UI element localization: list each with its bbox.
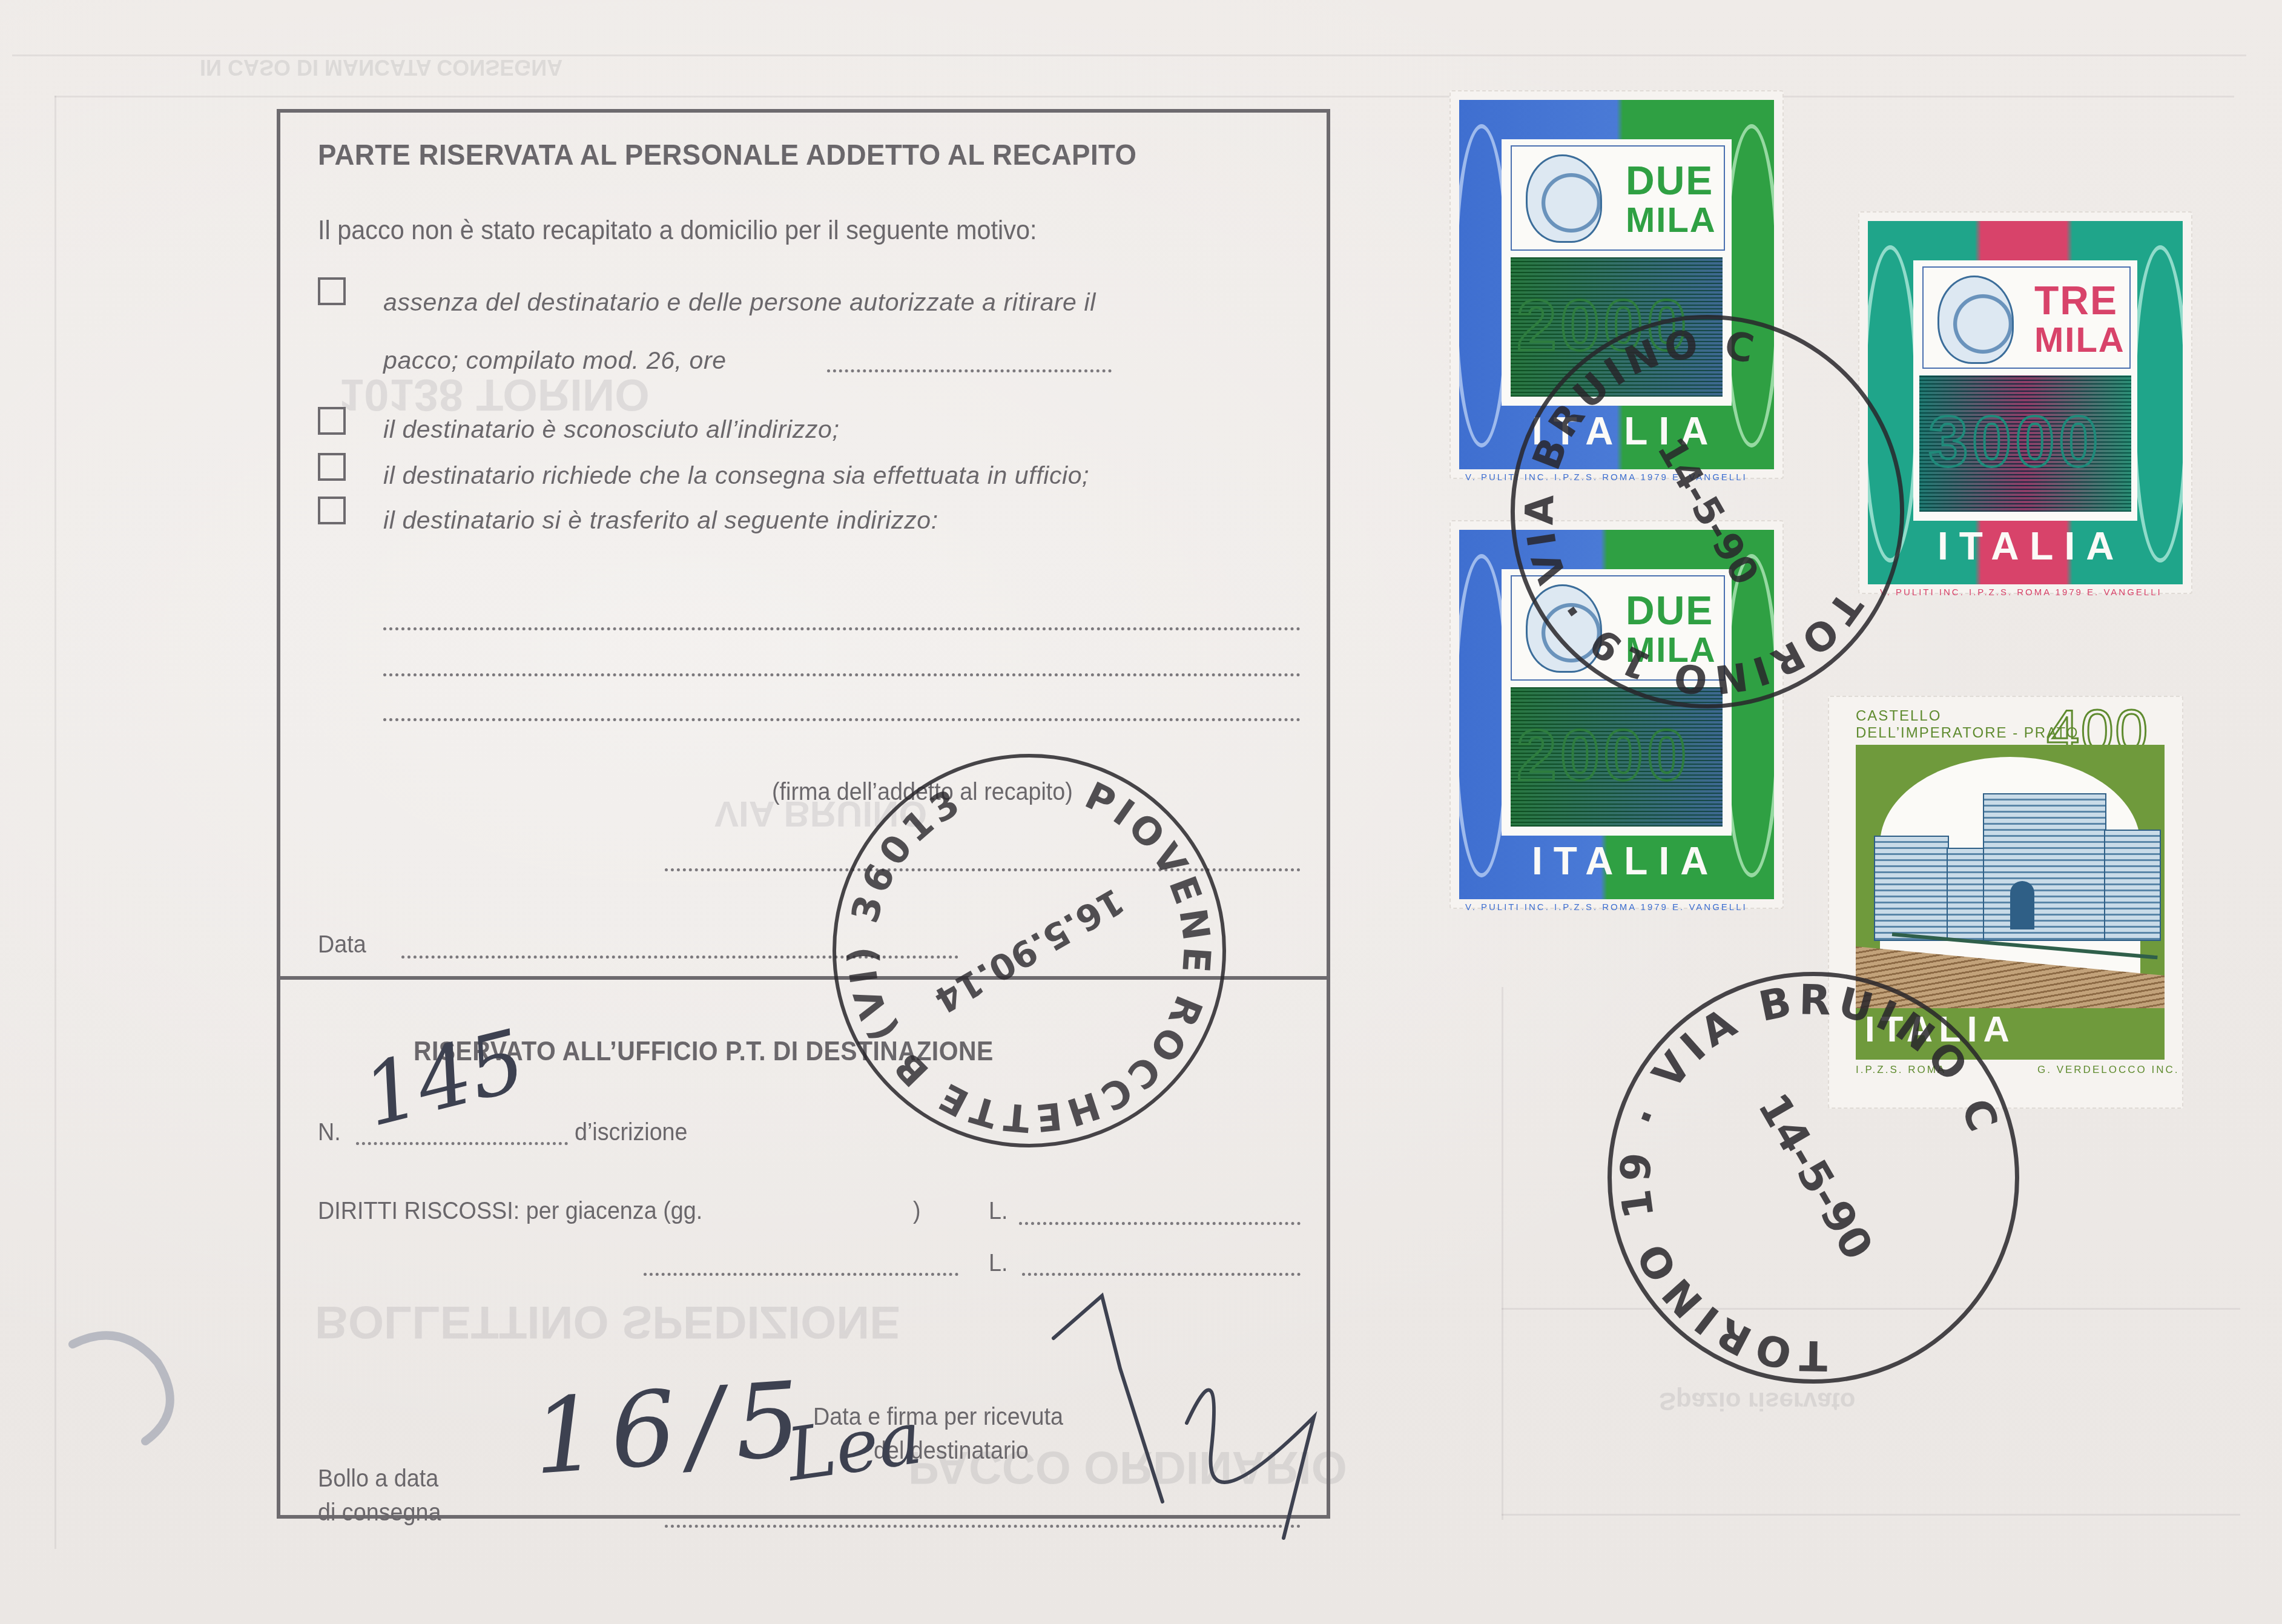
reason-recipient-unknown: il destinatario è sconosciuto all’indiri… — [383, 415, 839, 444]
date-label: Data — [318, 930, 366, 959]
reason-deliver-at-office: il destinatario richiede che la consegna… — [383, 461, 1089, 490]
hours-field[interactable] — [827, 369, 1112, 372]
reason-recipient-absent-line2: pacco; compilato mod. 26, ore — [383, 346, 727, 375]
non-delivery-intro: Il pacco non è stato recapitato a domici… — [318, 214, 1037, 246]
stamp-credit: V. PULITI INC. I.P.Z.S. ROMA 1979 E. VAN… — [1465, 902, 1747, 913]
checkbox-recipient-absent[interactable] — [318, 277, 346, 305]
reason-recipient-moved: il destinatario si è trasferito al segue… — [383, 506, 938, 535]
stamp-credit-right: G. VERDELOCCO INC. — [2037, 1064, 2179, 1076]
stamp-word-top: DUE — [1626, 157, 1713, 203]
currency-label-2: L. — [989, 1249, 1007, 1277]
other-fee-description-field[interactable] — [644, 1273, 958, 1276]
registration-number-label: N. — [318, 1118, 341, 1146]
ghost-rule — [54, 96, 2234, 97]
stamp-country: ITALIA — [1532, 839, 1719, 883]
stamp-date-label-line2: di consegna — [318, 1498, 441, 1527]
fees-close-paren: ) — [913, 1197, 921, 1225]
stamp-face-value: 3000 — [1928, 401, 2102, 483]
svg-text:14-5-90: 14-5-90 — [1749, 1085, 1883, 1268]
ghost-text: Spazio riservato — [1659, 1387, 1855, 1416]
margin-pencil-mark — [54, 1320, 212, 1459]
new-address-line-1[interactable] — [383, 627, 1301, 630]
svg-text:16.5.90.14: 16.5.90.14 — [928, 880, 1131, 1021]
reason-recipient-absent-line1: assenza del destinatario e delle persone… — [383, 288, 1096, 317]
signature-flourish — [1029, 1272, 1344, 1550]
stamp-word-bottom: MILA — [2034, 320, 2125, 360]
stamp-country: ITALIA — [1937, 524, 2125, 569]
postmark-piovene-text: PIOVENE ROCCHETTE B (VI) 36013 16.5.90.1… — [833, 754, 1226, 1147]
new-address-line-2[interactable] — [383, 673, 1301, 676]
fees-collected-label: DIRITTI RISCOSSI: per giacenza (gg. — [318, 1197, 702, 1225]
checkbox-recipient-moved[interactable] — [318, 497, 346, 524]
stamp-3000: TRE MILA 3000 ITALIA V. PULITI INC. I.P.… — [1868, 221, 2183, 584]
ghost-text: IN CASO DI MANCATA CONSEGNA — [200, 54, 562, 80]
new-address-line-3[interactable] — [383, 718, 1301, 721]
section-title-delivery-staff: PARTE RISERVATA AL PERSONALE ADDETTO AL … — [318, 138, 1136, 172]
stamp-face-value: 2000 — [1517, 715, 1690, 797]
svg-text:14-5-90: 14-5-90 — [1649, 430, 1768, 592]
italia-turrita-head-icon — [1526, 154, 1602, 243]
stamp-word-top: TRE — [2034, 277, 2118, 323]
checkbox-deliver-at-office[interactable] — [318, 453, 346, 481]
registration-suffix: d’iscrizione — [575, 1118, 688, 1146]
stamp-word-bottom: MILA — [1626, 200, 1716, 240]
checkbox-recipient-unknown[interactable] — [318, 407, 346, 435]
stamp-credit: V. PULITI INC. I.P.Z.S. ROMA 1979 E. VAN… — [1880, 587, 2162, 598]
stamp-caption-line1: CASTELLO — [1856, 708, 1941, 725]
italia-turrita-head-icon — [1937, 276, 2014, 364]
ghost-rule — [1502, 1514, 2240, 1516]
ghost-rule — [1502, 987, 1503, 1520]
postmark-torino-upper-text: TORINO 19 · VIA BRUINO C 14-5-90 — [1511, 315, 1904, 708]
postmark-torino-lower-text: TORINO 19 · VIA BRUINO C 14-5-90 — [1608, 972, 2019, 1384]
currency-label-1: L. — [989, 1197, 1007, 1225]
handwritten-delivery-date: 16/5 — [529, 1359, 816, 1498]
stamp-caption-line2: DELL’IMPERATORE - PRATO — [1856, 725, 2079, 742]
storage-fee-field[interactable] — [1019, 1222, 1301, 1225]
stamp-date-label-line1: Bollo a data — [318, 1464, 438, 1493]
